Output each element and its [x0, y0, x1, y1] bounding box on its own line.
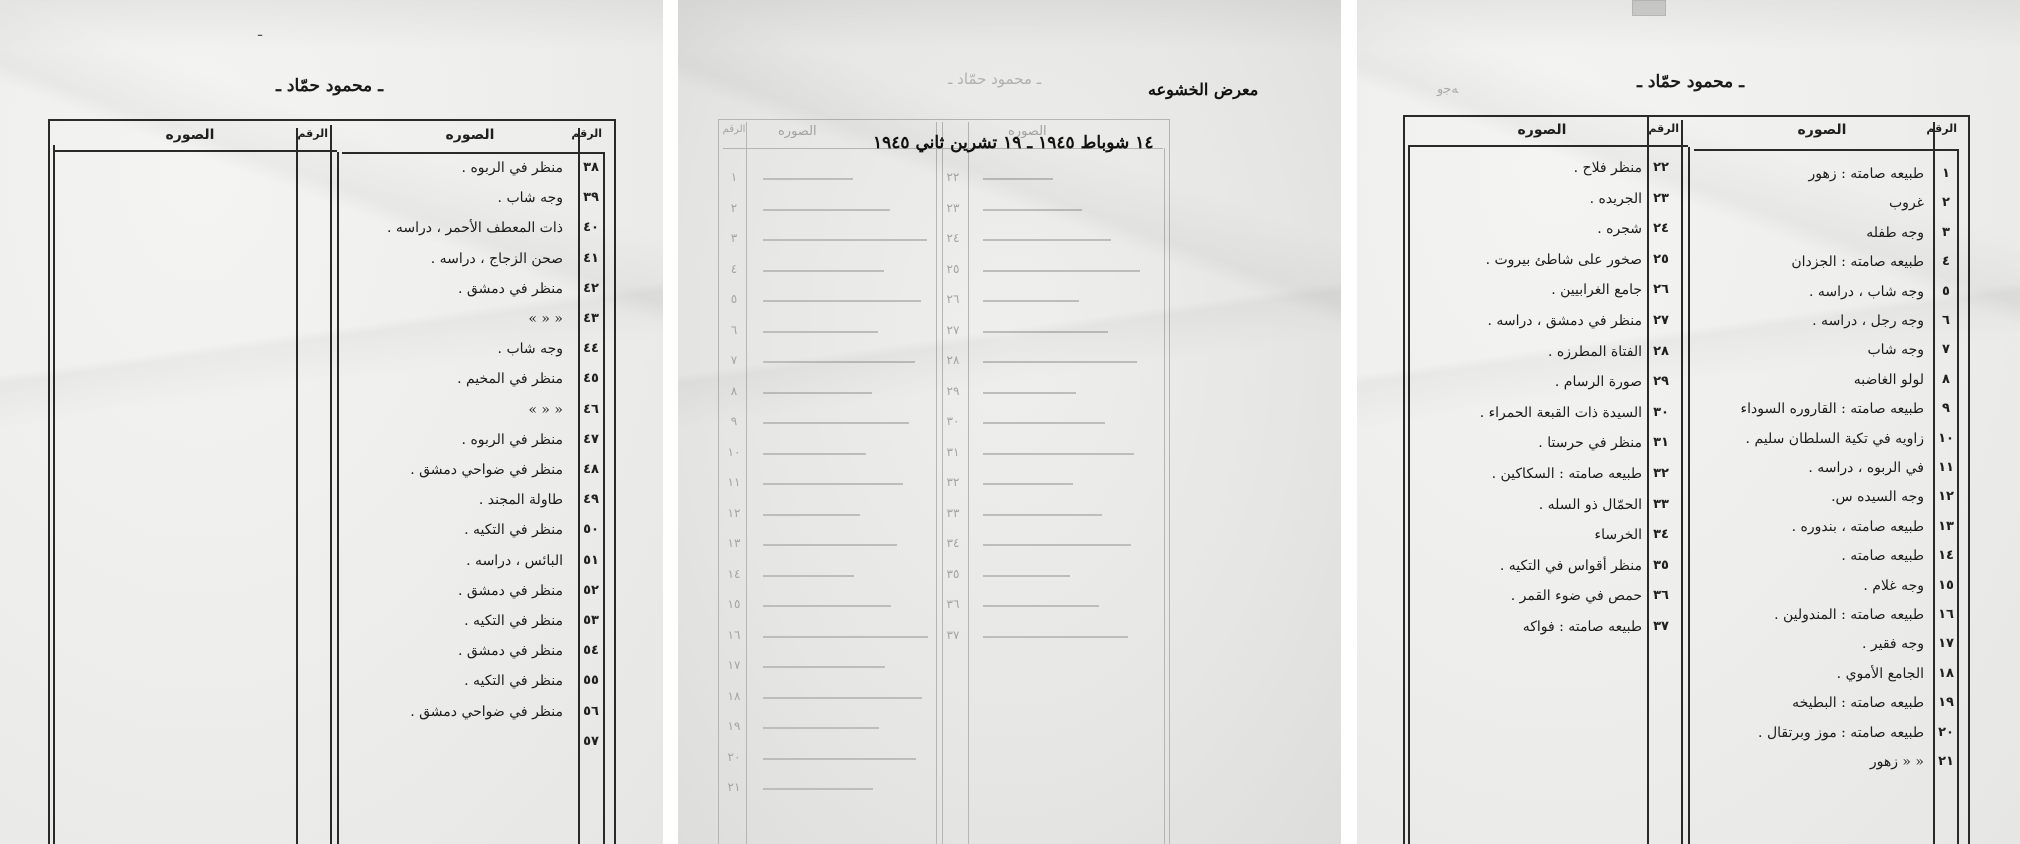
faint-number: ٣٣ — [941, 506, 965, 520]
header-picture-left: الصوره — [130, 127, 250, 143]
faint-number: ٣٠ — [941, 414, 965, 428]
faint-header-picture-left: الصوره — [778, 124, 817, 139]
faint-entry-scribble — [983, 178, 1053, 180]
catalog-number: ٣٦ — [1647, 588, 1675, 603]
catalog-number: ٤٧ — [577, 432, 605, 447]
catalog-title: الجامع الأموي . — [1837, 666, 1924, 682]
catalog-number: ٣٧ — [1647, 619, 1675, 634]
faint-entry-scribble — [763, 453, 866, 455]
catalog-title: جامع الغرابيين . — [1551, 282, 1642, 298]
faint-number: ١٣ — [722, 536, 746, 550]
catalog-number: ٢٢ — [1647, 160, 1675, 175]
catalog-number: ٣٤ — [1647, 527, 1675, 542]
catalog-number: ٢٠ — [1932, 725, 1960, 740]
header-number-right: الرقم — [1935, 122, 1957, 135]
catalog-title: « « » — [528, 311, 563, 327]
faint-entry-scribble — [763, 209, 890, 211]
catalog-row: ١٩طبيعه صامته : البطيخه — [1357, 695, 2020, 723]
faint-number: ٢٤ — [941, 231, 965, 245]
catalog-title: طبيعه صامته : موز وبرتقال . — [1758, 725, 1924, 741]
catalog-number: ٥١ — [577, 553, 605, 568]
catalog-title: طبيعه صامته : البطيخه — [1792, 695, 1924, 711]
faint-entry-scribble — [983, 544, 1131, 546]
faint-number: ١٢ — [722, 506, 746, 520]
page-author: ـ محمود حمّاد ـ — [1637, 72, 1744, 92]
faint-number: ٣٢ — [941, 475, 965, 489]
catalog-number: ٣٢ — [1647, 466, 1675, 481]
faint-number: ٢٨ — [941, 353, 965, 367]
catalog-title: شجره . — [1597, 221, 1642, 237]
faint-entry-scribble — [983, 392, 1076, 394]
faint-entry-scribble — [763, 666, 885, 668]
faint-frame-top — [718, 119, 1170, 120]
catalog-title: الفتاة المطرزه . — [1548, 344, 1642, 360]
catalog-title: منظر في دمشق . — [458, 583, 563, 599]
catalog-row: ٥٠منظر في التكيه . — [0, 522, 663, 550]
faint-entry-scribble — [983, 331, 1108, 333]
catalog-number: ٣١ — [1647, 435, 1675, 450]
document-page-2: ـ محمود حمّاد ـ معرض الخشوعه الرقم الصور… — [678, 0, 1341, 844]
catalog-row: ٣٢طبيعه صامته : السكاكين . — [1357, 466, 2020, 494]
faint-number: ٣ — [722, 231, 746, 245]
catalog-row: ٢٩صورة الرسام . — [1357, 374, 2020, 402]
catalog-title: صخور على شاطئ بيروت . — [1486, 252, 1642, 268]
faint-bleedthrough-text: ﻪﺟﻭ — [1437, 82, 1458, 97]
catalog-row: ٣٧طبيعه صامته : فواكه — [1357, 619, 2020, 647]
faint-number: ٨ — [722, 384, 746, 398]
catalog-number: ٤٢ — [577, 281, 605, 296]
faint-header-number: الرقم — [722, 124, 746, 135]
catalog-title: صحن الزجاج ، دراسه . — [431, 251, 563, 267]
faint-number: ٥ — [722, 292, 746, 306]
faint-number: ١٤ — [722, 567, 746, 581]
catalog-number: ٥٥ — [577, 673, 605, 688]
faint-number: ٩ — [722, 414, 746, 428]
catalog-row: ٤٢منظر في دمشق . — [0, 281, 663, 309]
catalog-row: ٣١منظر في حرستا . — [1357, 435, 2020, 463]
header-picture-left: الصوره — [1477, 122, 1607, 138]
catalog-row: ٥٧ — [0, 734, 663, 762]
catalog-number: ٥٤ — [577, 643, 605, 658]
faint-entry-scribble — [763, 422, 909, 424]
faint-entry-scribble — [983, 239, 1111, 241]
header-number-left: الرقم — [1649, 122, 1679, 135]
catalog-row: ٤٤وجه شاب . — [0, 341, 663, 369]
catalog-number: ٤٩ — [577, 492, 605, 507]
catalog-title: الجريده . — [1590, 191, 1642, 207]
catalog-row: ٤٨منظر في ضواحي دمشق . — [0, 462, 663, 490]
faint-entry-scribble — [983, 636, 1128, 638]
catalog-number: ٢١ — [1932, 754, 1960, 769]
catalog-number: ٤٦ — [577, 402, 605, 417]
faint-number: ١٧ — [722, 658, 746, 672]
header-divider-left — [1408, 145, 1688, 147]
catalog-row: ٥٥منظر في التكيه . — [0, 673, 663, 701]
header-picture-right: الصوره — [1757, 122, 1887, 138]
catalog-title: طبيعه صامته : السكاكين . — [1492, 466, 1642, 482]
faint-entry-scribble — [763, 514, 860, 516]
catalog-number: ٣٩ — [577, 190, 605, 205]
catalog-number: ١٨ — [1932, 666, 1960, 681]
catalog-number: ٤٥ — [577, 371, 605, 386]
catalog-number: ٢٨ — [1647, 344, 1675, 359]
faint-col-1 — [746, 122, 747, 844]
catalog-row: ٤٩طاولة المجند . — [0, 492, 663, 520]
faint-number: ٣١ — [941, 445, 965, 459]
catalog-number: ٢٧ — [1647, 313, 1675, 328]
faint-entry-scribble — [983, 605, 1099, 607]
faint-entry-scribble — [763, 392, 872, 394]
catalog-title: منظر في المخيم . — [457, 371, 563, 387]
faint-number: ٢١ — [722, 780, 746, 794]
faint-number: ٣٤ — [941, 536, 965, 550]
faint-number: ٢٦ — [941, 292, 965, 306]
catalog-row: ٣٠السيدة ذات القبعة الحمراء . — [1357, 405, 2020, 433]
faint-number: ١٩ — [722, 719, 746, 733]
faint-number: ٢٩ — [941, 384, 965, 398]
catalog-number: ٣٣ — [1647, 497, 1675, 512]
catalog-row: ٢٣الجريده . — [1357, 191, 2020, 219]
catalog-title: منظر في التكيه . — [464, 522, 563, 538]
catalog-number: ٤٣ — [577, 311, 605, 326]
catalog-title: منظر في الربوه . — [462, 432, 563, 448]
catalog-title: منظر في دمشق . — [458, 643, 563, 659]
faint-number: ٣٥ — [941, 567, 965, 581]
catalog-title: البائس ، دراسه . — [466, 553, 563, 569]
catalog-title: منظر في دمشق . — [458, 281, 563, 297]
catalog-row: ٢٧منظر في دمشق ، دراسه . — [1357, 313, 2020, 341]
faint-number: ٢٣ — [941, 201, 965, 215]
faint-col-2 — [936, 122, 937, 844]
catalog-number: ٥٠ — [577, 522, 605, 537]
catalog-title: منظر في دمشق ، دراسه . — [1487, 313, 1642, 329]
catalog-number: ٣٥ — [1647, 558, 1675, 573]
catalog-row: ٥٤منظر في دمشق . — [0, 643, 663, 671]
exhibition-title: معرض الخشوعه — [1148, 80, 1258, 99]
catalog-title: منظر في الربوه . — [462, 160, 563, 176]
faint-entry-scribble — [763, 605, 891, 607]
faint-author-bleedthrough: ـ محمود حمّاد ـ — [948, 70, 1041, 88]
catalog-row: ٣٩وجه شاب . — [0, 190, 663, 218]
faint-number: ١٥ — [722, 597, 746, 611]
paper-mark: ـ — [258, 24, 262, 40]
catalog-row: ٥٢منظر في دمشق . — [0, 583, 663, 611]
faint-number: ٢٠ — [722, 750, 746, 764]
faint-frame-right — [1169, 119, 1170, 844]
faint-entry-scribble — [763, 361, 915, 363]
catalog-number: ٢٤ — [1647, 221, 1675, 236]
faint-entry-scribble — [983, 361, 1137, 363]
catalog-number: ٥٢ — [577, 583, 605, 598]
faint-entry-scribble — [763, 636, 928, 638]
catalog-row: ٤٧منظر في الربوه . — [0, 432, 663, 460]
catalog-row: ٢٤شجره . — [1357, 221, 2020, 249]
document-page-1: ـ ـ محمود حمّاد ـ الصوره الرقم الصوره ال… — [0, 0, 663, 844]
catalog-number: ٤٨ — [577, 462, 605, 477]
catalog-title: وجه شاب . — [498, 190, 563, 206]
faint-number: ١ — [722, 170, 746, 184]
faint-entry-scribble — [983, 483, 1073, 485]
faint-entry-scribble — [763, 575, 854, 577]
catalog-row: ٣٣الحمّال ذو السله . — [1357, 497, 2020, 525]
header-divider-left — [53, 150, 337, 152]
faint-frame-left — [718, 119, 719, 844]
header-picture-right: الصوره — [410, 127, 530, 143]
faint-entry-scribble — [763, 483, 903, 485]
faint-col-5 — [1164, 148, 1165, 844]
catalog-number: ٢٦ — [1647, 282, 1675, 297]
header-number-left: الرقم — [298, 127, 328, 140]
catalog-number: ٢٣ — [1647, 191, 1675, 206]
catalog-number: ٥٣ — [577, 613, 605, 628]
catalog-title: طبيعه صامته : فواكه — [1523, 619, 1642, 635]
catalog-title: منظر في التكيه . — [464, 613, 563, 629]
faint-entry-scribble — [983, 422, 1105, 424]
faint-number: ٣٧ — [941, 628, 965, 642]
faint-col-4 — [968, 122, 969, 844]
catalog-title: منظر في التكيه . — [464, 673, 563, 689]
faint-entry-scribble — [763, 331, 878, 333]
exhibition-date-range: ١٤ شوباط ١٩٤٥ ـ ١٩ تشرين ثاني ١٩٤٥ — [873, 133, 1153, 153]
faint-entry-scribble — [763, 788, 873, 790]
catalog-number: ٣٠ — [1647, 405, 1675, 420]
catalog-number: ٤٤ — [577, 341, 605, 356]
faint-number: ٢٢ — [941, 170, 965, 184]
catalog-title: « « » — [528, 402, 563, 418]
faint-number: ٢ — [722, 201, 746, 215]
catalog-number: ٤٠ — [577, 220, 605, 235]
faint-entry-scribble — [763, 758, 916, 760]
catalog-row: ٤٦« « » — [0, 402, 663, 430]
catalog-title: السيدة ذات القبعة الحمراء . — [1480, 405, 1642, 421]
faint-entry-scribble — [983, 514, 1102, 516]
catalog-title: « « زهور — [1870, 754, 1924, 770]
catalog-title: طاولة المجند . — [479, 492, 563, 508]
faint-number: ٧ — [722, 353, 746, 367]
catalog-row: ١٨الجامع الأموي . — [1357, 666, 2020, 694]
catalog-number: ٢٥ — [1647, 252, 1675, 267]
header-divider-right — [342, 152, 604, 154]
faint-entry-scribble — [763, 727, 879, 729]
faint-entry-scribble — [983, 209, 1082, 211]
catalog-row: ٤١صحن الزجاج ، دراسه . — [0, 251, 663, 279]
catalog-row: ٢٥صخور على شاطئ بيروت . — [1357, 252, 2020, 280]
catalog-title: منظر في ضواحي دمشق . — [410, 704, 563, 720]
catalog-row: ٣٤الخرساء — [1357, 527, 2020, 555]
faint-entry-scribble — [763, 178, 853, 180]
faint-entry-scribble — [983, 300, 1079, 302]
document-page-3: ﻪﺟﻭ ـ محمود حمّاد ـ الصوره الرقم الصوره … — [1357, 0, 2020, 844]
catalog-title: صورة الرسام . — [1555, 374, 1642, 390]
faint-entry-scribble — [763, 270, 884, 272]
catalog-title: منظر أقواس في التكيه . — [1500, 558, 1642, 574]
faint-entry-scribble — [983, 575, 1070, 577]
catalog-title: منظر في حرستا . — [1538, 435, 1642, 451]
catalog-title: الحمّال ذو السله . — [1539, 497, 1642, 513]
catalog-title: وجه شاب . — [498, 341, 563, 357]
faint-number: ٤ — [722, 262, 746, 276]
faint-number: ١٠ — [722, 445, 746, 459]
catalog-number: ١٩ — [1932, 695, 1960, 710]
catalog-number: ٢٩ — [1647, 374, 1675, 389]
catalog-row: ٢٦جامع الغرابيين . — [1357, 282, 2020, 310]
catalog-number: ٤١ — [577, 251, 605, 266]
faint-number: ٦ — [722, 323, 746, 337]
page-author: ـ محمود حمّاد ـ — [276, 76, 383, 96]
catalog-number: ٥٧ — [577, 734, 605, 749]
catalog-row: ٣٥منظر أقواس في التكيه . — [1357, 558, 2020, 586]
catalog-row: ٢٠طبيعه صامته : موز وبرتقال . — [1357, 725, 2020, 753]
header-divider-right — [1694, 149, 1958, 151]
faint-entry-scribble — [763, 300, 921, 302]
catalog-row: ٥٦منظر في ضواحي دمشق . — [0, 704, 663, 732]
faint-number: ٢٥ — [941, 262, 965, 276]
catalog-row: ٤٠ذات المعطف الأحمر ، دراسه . — [0, 220, 663, 248]
faint-number: ١٨ — [722, 689, 746, 703]
catalog-row: ٤٣« « » — [0, 311, 663, 339]
faint-entry-scribble — [983, 270, 1140, 272]
catalog-title: ذات المعطف الأحمر ، دراسه . — [387, 220, 563, 236]
catalog-row: ٣٦حمص في ضوء القمر . — [1357, 588, 2020, 616]
catalog-number: ٣٨ — [577, 160, 605, 175]
faint-number: ١١ — [722, 475, 746, 489]
paper-tab — [1632, 0, 1666, 16]
faint-entry-scribble — [763, 239, 927, 241]
header-number-right: الرقم — [580, 127, 602, 140]
catalog-title: منظر فلاح . — [1574, 160, 1642, 176]
faint-number: ٢٧ — [941, 323, 965, 337]
catalog-title: حمص في ضوء القمر . — [1511, 588, 1642, 604]
catalog-row: ٥١البائس ، دراسه . — [0, 553, 663, 581]
catalog-row: ٤٥منظر في المخيم . — [0, 371, 663, 399]
faint-number: ١٦ — [722, 628, 746, 642]
faint-entry-scribble — [763, 544, 897, 546]
faint-number: ٣٦ — [941, 597, 965, 611]
catalog-row: ٢١« « زهور — [1357, 754, 2020, 782]
catalog-row: ٥٣منظر في التكيه . — [0, 613, 663, 641]
catalog-row: ٢٢منظر فلاح . — [1357, 160, 2020, 188]
faint-entry-scribble — [763, 697, 922, 699]
catalog-row: ٢٨الفتاة المطرزه . — [1357, 344, 2020, 372]
catalog-title: منظر في ضواحي دمشق . — [410, 462, 563, 478]
catalog-row: ٣٨منظر في الربوه . — [0, 160, 663, 188]
catalog-number: ٥٦ — [577, 704, 605, 719]
faint-entry-scribble — [983, 453, 1134, 455]
catalog-title: الخرساء — [1595, 527, 1643, 543]
